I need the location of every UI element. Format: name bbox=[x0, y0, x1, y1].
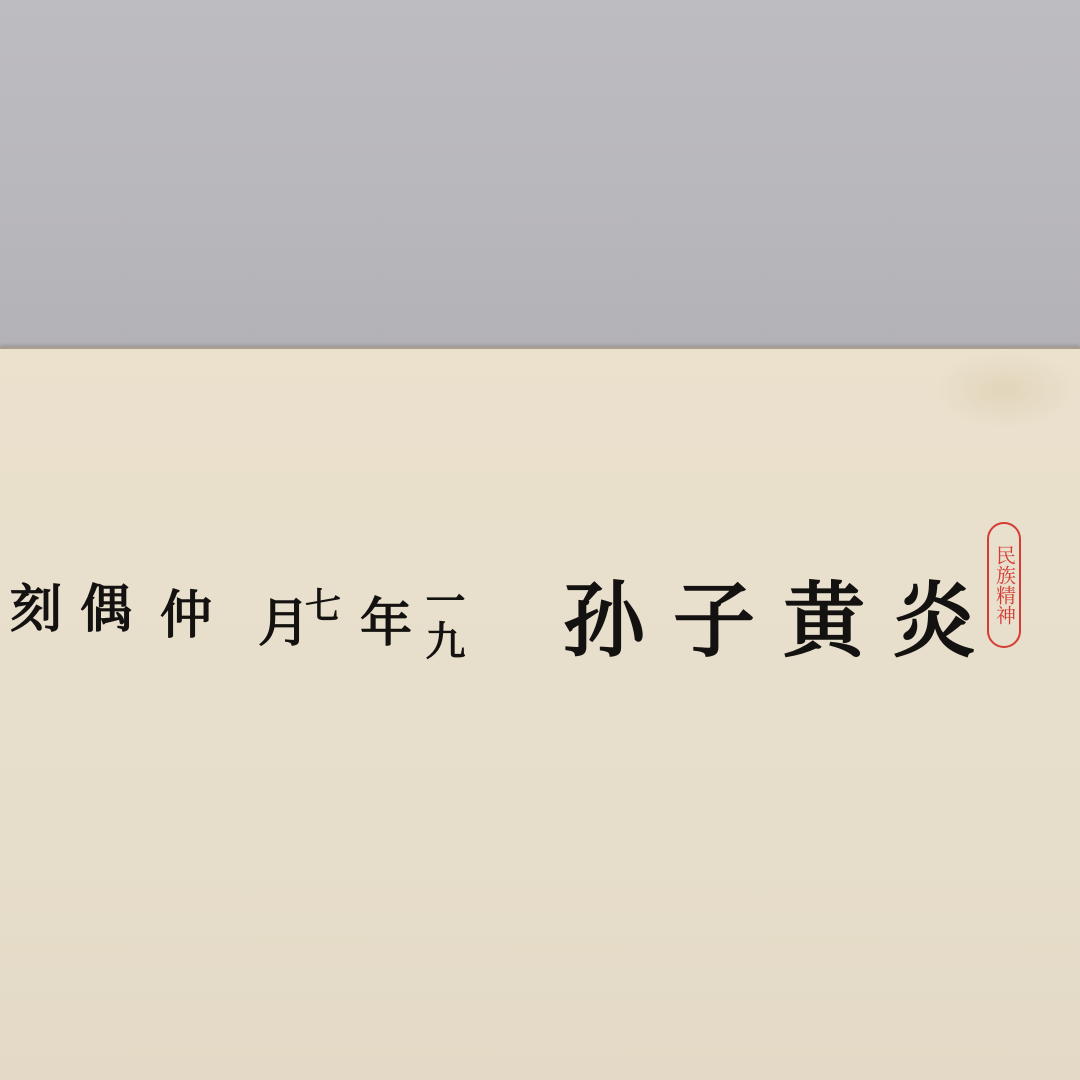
calligraphy-inscription: 炎 黄 子 孙 一九 年 七 月 仲 偶 刻 bbox=[0, 570, 1080, 710]
title-char-4: 孙 bbox=[563, 580, 645, 662]
title-char-2: 黄 bbox=[783, 580, 865, 662]
paper-stain bbox=[930, 350, 1080, 430]
grey-background bbox=[0, 0, 1080, 350]
red-seal: 民族精神 bbox=[987, 522, 1021, 648]
title-char-1: 炎 bbox=[893, 580, 975, 662]
colophon-char-zhong: 仲 bbox=[160, 590, 212, 642]
colophon-char-yijiu: 一九 bbox=[422, 580, 462, 660]
colophon-char-ou: 偶 bbox=[80, 584, 132, 636]
colophon-char-yue: 月 bbox=[258, 598, 310, 650]
title-char-3: 子 bbox=[673, 580, 755, 662]
paper-sheet bbox=[0, 347, 1080, 1080]
colophon-char-nian: 年 bbox=[360, 598, 412, 650]
colophon-char-qi: 七 bbox=[305, 588, 341, 624]
colophon-char-ke: 刻 bbox=[10, 584, 62, 636]
